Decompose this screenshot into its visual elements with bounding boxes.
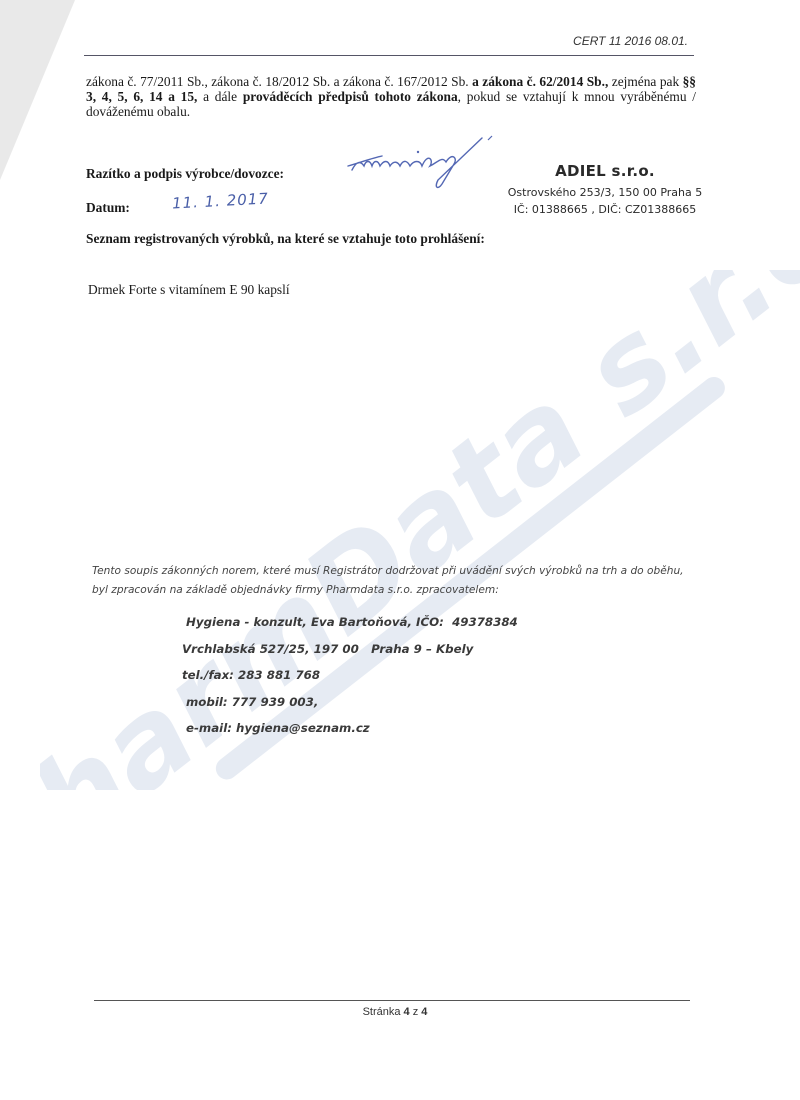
contact-phone-fax: tel./fax: 283 881 768 <box>182 665 518 692</box>
page-label: Stránka <box>363 1006 401 1018</box>
products-heading: Seznam registrovaných výrobků, na které … <box>86 231 485 247</box>
company-address: Ostrovského 253/3, 150 00 Praha 5 <box>495 184 715 201</box>
intro-bold-law: a zákona č. 62/2014 Sb., <box>472 74 608 89</box>
company-name: ADIEL s.r.o. <box>495 162 715 180</box>
processor-note: Tento soupis zákonných norem, které musí… <box>92 562 692 600</box>
footer-divider <box>94 1000 690 1001</box>
stamp-signature-label: Razítko a podpis výrobce/dovozce: <box>86 166 284 182</box>
handwritten-signature <box>342 132 502 192</box>
contact-mobile: mobil: 777 939 003, <box>182 692 518 719</box>
contact-address: Vrchlabská 527/25, 197 00 Praha 9 – Kbel… <box>182 639 518 666</box>
date-label: Datum: <box>86 200 130 216</box>
page-fold-corner <box>0 0 75 180</box>
company-stamp: ADIEL s.r.o. Ostrovského 253/3, 150 00 P… <box>495 162 715 218</box>
product-list-item: Drmek Forte s vitamínem E 90 kapslí <box>88 282 290 298</box>
intro-text: zejména pak <box>608 74 682 89</box>
company-ids: IČ: 01388665 , DIČ: CZ01388665 <box>495 201 715 218</box>
intro-text: a dále <box>197 89 242 104</box>
contact-company: Hygiena - konzult, Eva Bartoňová, IČO: 4… <box>182 612 518 639</box>
total-pages: 4 <box>421 1006 427 1018</box>
document-reference: CERT 11 2016 08.01. <box>573 34 688 48</box>
header-divider <box>84 55 694 56</box>
handwritten-date: 11. 1. 2017 <box>172 189 270 212</box>
contact-email: e-mail: hygiena@seznam.cz <box>182 718 518 745</box>
intro-paragraph: zákona č. 77/2011 Sb., zákona č. 18/2012… <box>86 74 696 119</box>
page-number: Stránka 4 z 4 <box>0 1006 790 1018</box>
current-page: 4 <box>404 1006 410 1018</box>
processor-contact: Hygiena - konzult, Eva Bartoňová, IČO: 4… <box>182 612 518 745</box>
intro-bold-regulations: prováděcích předpisů tohoto zákona <box>243 89 458 104</box>
intro-text: zákona č. 77/2011 Sb., zákona č. 18/2012… <box>86 74 472 89</box>
page-separator: z <box>413 1006 419 1018</box>
